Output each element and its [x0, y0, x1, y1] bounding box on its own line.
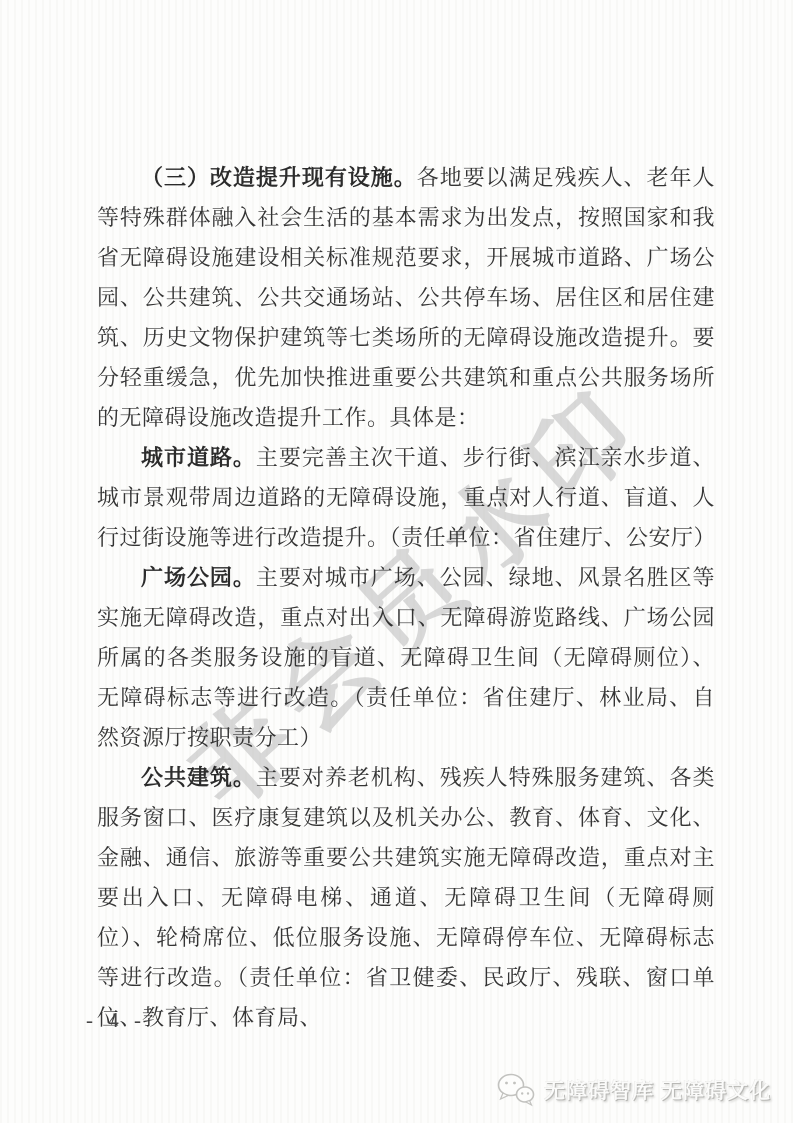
paragraph-renovate-existing-facilities: （三）改造提升现有设施。各地要以满足残疾人、老年人等特殊群体融入社会生活的基本需…	[97, 158, 715, 438]
footer-brand: 无障碍智库 无障碍文化	[497, 1072, 771, 1108]
paragraph-lead: 广场公园。	[141, 565, 256, 590]
paragraph-city-roads: 城市道路。主要完善主次干道、步行街、滨江亲水步道、城市景观带周边道路的无障碍设施…	[97, 438, 715, 558]
paragraph-lead: （三）改造提升现有设施。	[141, 165, 417, 190]
paragraph-body: 主要对养老机构、残疾人特殊服务建筑、各类服务窗口、医疗康复建筑以及机关办公、教育…	[97, 765, 715, 1030]
document-page: 非会员水印 （三）改造提升现有设施。各地要以满足残疾人、老年人等特殊群体融入社会…	[0, 0, 793, 1123]
footer-brand-text: 无障碍智库 无障碍文化	[544, 1075, 771, 1105]
paragraph-body: 主要对城市广场、公园、绿地、风景名胜区等实施无障碍改造，重点对出入口、无障碍游览…	[97, 565, 715, 750]
paragraph-lead: 公共建筑。	[141, 765, 256, 790]
document-body: （三）改造提升现有设施。各地要以满足残疾人、老年人等特殊群体融入社会生活的基本需…	[97, 158, 715, 1038]
paragraph-squares-parks: 广场公园。主要对城市广场、公园、绿地、风景名胜区等实施无障碍改造，重点对出入口、…	[97, 558, 715, 758]
chat-bubbles-logo-icon	[497, 1072, 535, 1108]
page-number: - 4 -	[86, 1008, 146, 1033]
paragraph-public-buildings: 公共建筑。主要对养老机构、残疾人特殊服务建筑、各类服务窗口、医疗康复建筑以及机关…	[97, 758, 715, 1038]
paragraph-lead: 城市道路。	[141, 445, 256, 470]
paragraph-body: 各地要以满足残疾人、老年人等特殊群体融入社会生活的基本需求为出发点，按照国家和我…	[97, 165, 715, 430]
